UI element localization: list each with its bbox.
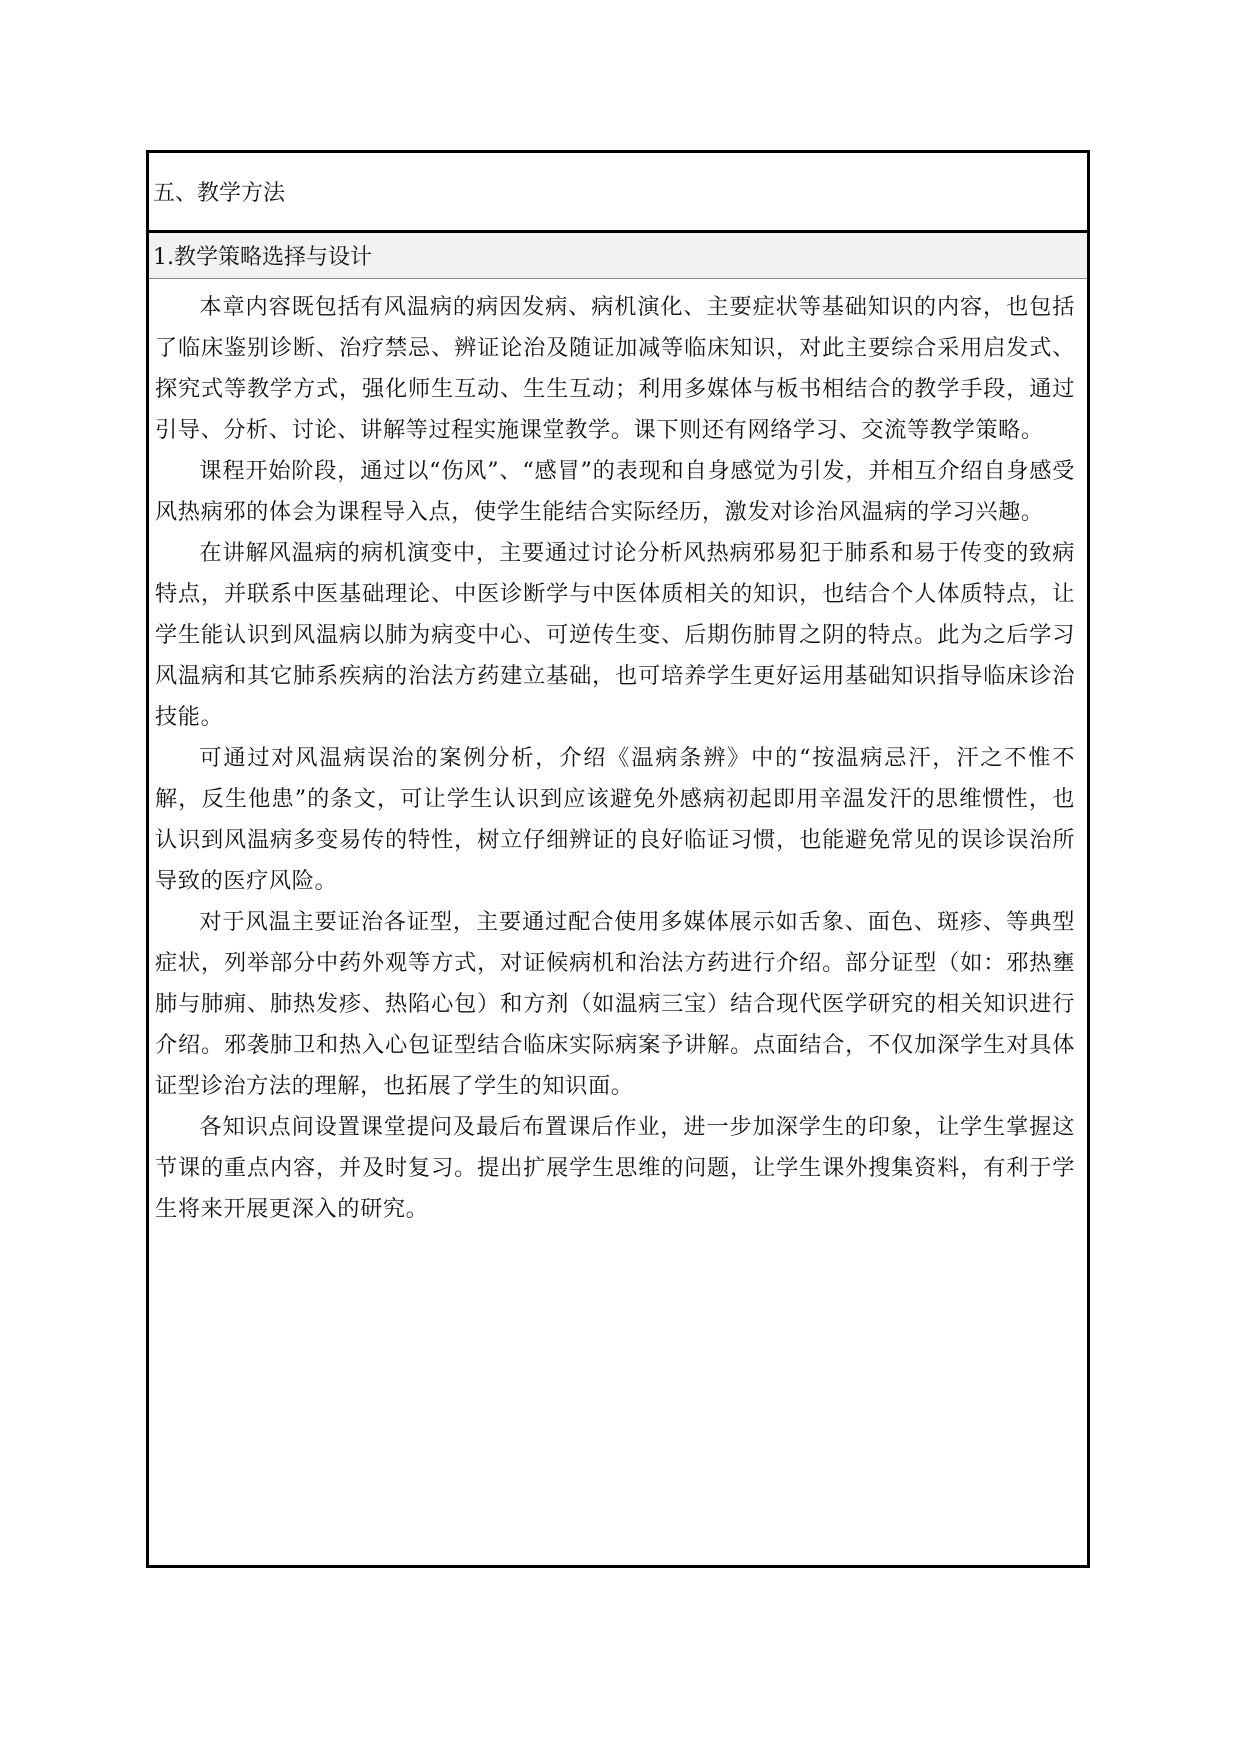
paragraph: 可通过对风温病误治的案例分析，介绍《温病条辨》中的“按温病忌汗，汗之不惟不解，反… xyxy=(155,738,1075,902)
section-body: 本章内容既包括有风温病的病因发病、病机演化、主要症状等基础知识的内容，也包括了临… xyxy=(149,279,1087,1230)
section-title-row: 五、教学方法 xyxy=(149,153,1087,233)
paragraph: 在讲解风温病的病机演变中，主要通过讨论分析风热病邪易犯于肺系和易于传变的致病特点… xyxy=(155,533,1075,738)
paragraph: 课程开始阶段，通过以“伤风”、“感冒”的表现和自身感觉为引发，并相互介绍自身感受… xyxy=(155,451,1075,533)
teaching-methods-table: 五、教学方法 1.教学策略选择与设计 本章内容既包括有风温病的病因发病、病机演化… xyxy=(146,150,1090,1568)
subsection-title: 1.教学策略选择与设计 xyxy=(153,240,372,271)
paragraph: 各知识点间设置课堂提问及最后布置课后作业，进一步加深学生的印象，让学生掌握这节课… xyxy=(155,1107,1075,1230)
paragraph: 本章内容既包括有风温病的病因发病、病机演化、主要症状等基础知识的内容，也包括了临… xyxy=(155,287,1075,451)
subsection-header-row: 1.教学策略选择与设计 xyxy=(149,233,1087,279)
section-title: 五、教学方法 xyxy=(153,176,285,207)
paragraph: 对于风温主要证治各证型，主要通过配合使用多媒体展示如舌象、面色、斑疹、等典型症状… xyxy=(155,902,1075,1107)
